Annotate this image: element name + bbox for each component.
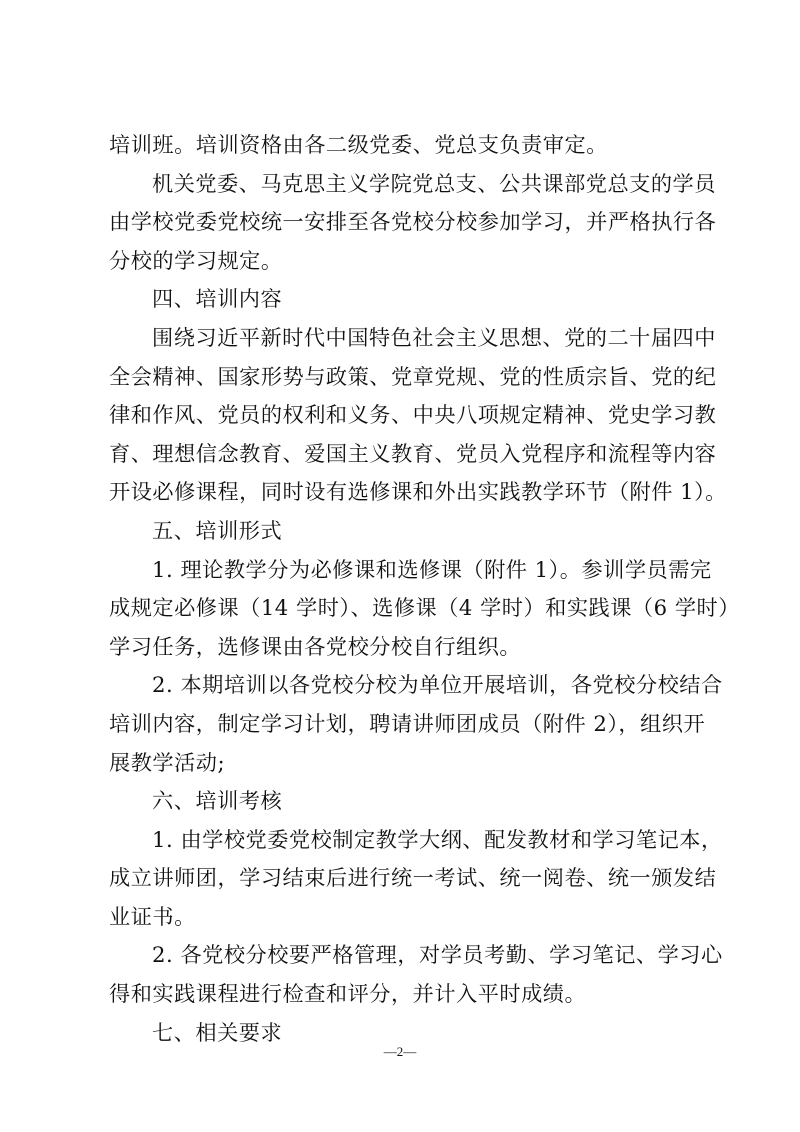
text-line: 得和实践课程进行检查和评分，并计入平时成绩。 [109, 975, 701, 1014]
text-line: 机关党委、马克思主义学院党总支、公共课部党总支的学员 [109, 165, 701, 204]
text-line: 律和作风、党员的权利和义务、中央八项规定精神、党史学习教 [109, 396, 701, 435]
text-line: 由学校党委党校统一安排至各党校分校参加学习，并严格执行各 [109, 203, 701, 242]
section-heading: 四、培训内容 [109, 280, 701, 319]
text-line: 分校的学习规定。 [109, 242, 701, 281]
text-line: 展教学活动; [109, 744, 701, 783]
section-heading: 六、培训考核 [109, 782, 701, 821]
text-line: 成立讲师团，学习结束后进行统一考试、统一阅卷、统一颁发结 [109, 859, 701, 898]
document-body: 培训班。培训资格由各二级党委、党总支负责审定。机关党委、马克思主义学院党总支、公… [109, 126, 701, 1052]
text-line: 开设必修课程，同时设有选修课和外出实践教学环节（附件 1）。 [109, 473, 701, 512]
section-heading: 五、培训形式 [109, 512, 701, 551]
page-number: —2— [0, 1044, 800, 1060]
text-line: 育、理想信念教育、爱国主义教育、党员入党程序和流程等内容 [109, 435, 701, 474]
text-line: 培训班。培训资格由各二级党委、党总支负责审定。 [109, 126, 701, 165]
text-line: 2. 本期培训以各党校分校为单位开展培训，各党校分校结合 [109, 666, 701, 705]
text-line: 2. 各党校分校要严格管理，对学员考勤、学习笔记、学习心 [109, 936, 701, 975]
text-line: 1. 由学校党委党校制定教学大纲、配发教材和学习笔记本， [109, 821, 701, 860]
text-line: 培训内容，制定学习计划，聘请讲师团成员（附件 2），组织开 [109, 705, 701, 744]
text-line: 学习任务，选修课由各党校分校自行组织。 [109, 628, 701, 667]
text-line: 成规定必修课（14 学时）、选修课（4 学时）和实践课（6 学时） [109, 589, 701, 628]
text-line: 围绕习近平新时代中国特色社会主义思想、党的二十届四中 [109, 319, 701, 358]
text-line: 业证书。 [109, 898, 701, 937]
text-line: 全会精神、国家形势与政策、党章党规、党的性质宗旨、党的纪 [109, 358, 701, 397]
text-line: 1. 理论教学分为必修课和选修课（附件 1）。参训学员需完 [109, 551, 701, 590]
